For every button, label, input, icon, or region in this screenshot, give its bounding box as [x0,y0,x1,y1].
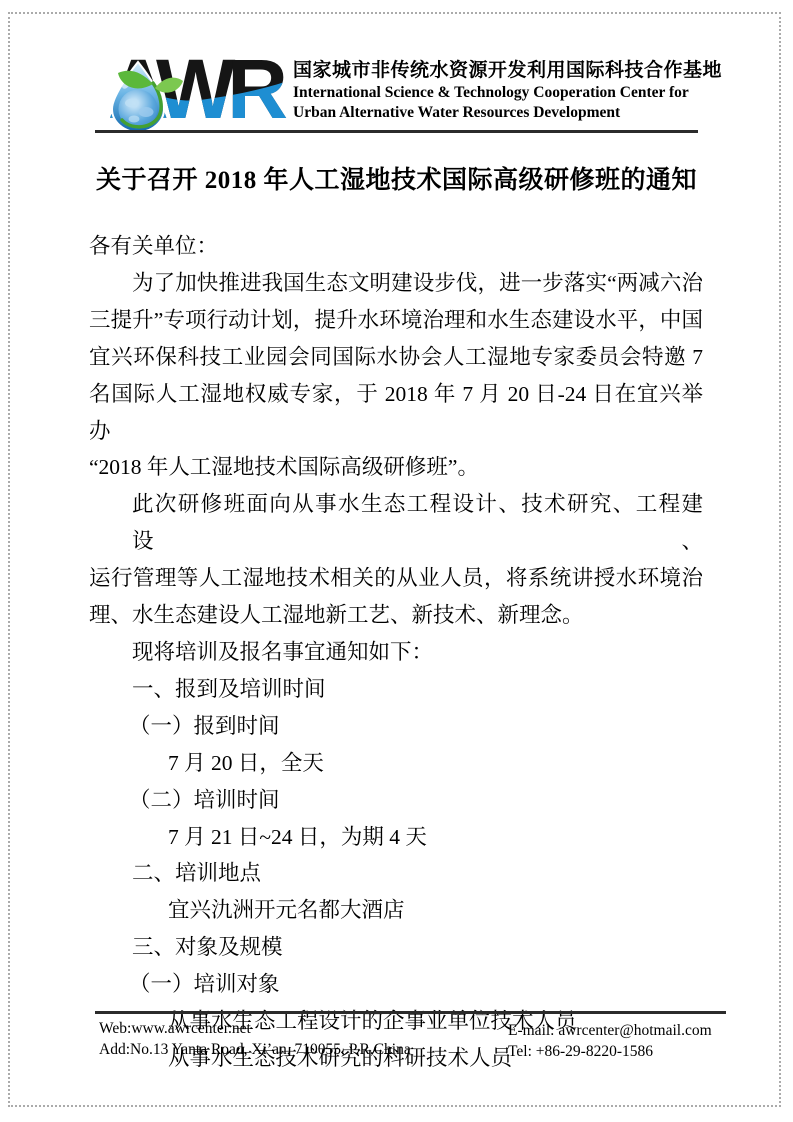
body-line: 此次研修班面向从事水生态工程设计、技术研究、工程建设、 [89,486,703,560]
body-line: “2018 年人工湿地技术国际高级研修班”。 [89,449,703,486]
section-heading-3: 三、对象及规模 [89,929,703,966]
footer-telephone: Tel: +86-29-8220-1586 [508,1042,712,1063]
footer-contact-right: E-mail: awrcenter@hotmail.com Tel: +86-2… [508,1021,712,1062]
document-page: AWR AWR 国家城市非传统水资源开发利用国际科技合作基地 [0,0,793,1122]
body-line: 现将培训及报名事宜通知如下： [89,634,703,671]
subsection-heading: （一）报到时间 [89,708,703,745]
footer-website: Web:www.awrcenter.net [99,1019,411,1040]
footer-divider [95,1011,726,1014]
body-line: 理、水生态建设人工湿地新工艺、新技术、新理念。 [89,597,703,634]
organization-name-block: 国家城市非传统水资源开发利用国际科技合作基地 International Sci… [293,58,713,123]
org-name-english-line2: Urban Alternative Water Resources Develo… [293,103,713,123]
detail-line: 7 月 21 日~24 日，为期 4 天 [89,819,703,856]
body-line: 三提升”专项行动计划，提升水环境治理和水生态建设水平，中国 [89,302,703,339]
footer-email: E-mail: awrcenter@hotmail.com [508,1021,712,1042]
org-name-chinese: 国家城市非传统水资源开发利用国际科技合作基地 [293,58,713,83]
detail-line: 宜兴氿洲开元名都大酒店 [89,892,703,929]
body-line: 为了加快推进我国生态文明建设步伐，进一步落实“两减六治 [89,265,703,302]
body-line: 名国际人工湿地权威专家，于 2018 年 7 月 20 日-24 日在宜兴举办 [89,376,703,450]
section-heading-2: 二、培训地点 [89,855,703,892]
footer-address: Add:No.13 Yanta Road, Xi’an, 710055, P.R… [99,1040,411,1061]
subsection-heading: （二）培训时间 [89,782,703,819]
awr-logo: AWR AWR [104,48,288,136]
body-line: 宜兴环保科技工业园会同国际水协会人工湿地专家委员会特邀 7 [89,339,703,376]
org-name-english-line1: International Science & Technology Coope… [293,83,713,103]
footer-contact-left: Web:www.awrcenter.net Add:No.13 Yanta Ro… [99,1019,411,1060]
letterhead-divider [95,130,698,133]
detail-line: 7 月 20 日，全天 [89,745,703,782]
body-line: 运行管理等人工湿地技术相关的从业人员，将系统讲授水环境治 [89,560,703,597]
document-title: 关于召开 2018 年人工湿地技术国际高级研修班的通知 [90,161,703,201]
salutation-line: 各有关单位： [89,228,703,265]
awr-logo-graphic: AWR AWR [104,48,288,136]
subsection-heading: （一）培训对象 [89,966,703,1003]
section-heading-1: 一、报到及培训时间 [89,671,703,708]
document-body: 各有关单位： 为了加快推进我国生态文明建设步伐，进一步落实“两减六治 三提升”专… [89,228,703,1077]
